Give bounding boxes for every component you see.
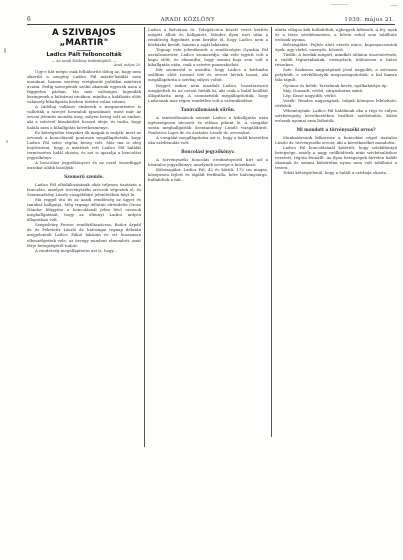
paragraph: A vizsgálat megállapította azt is, hogy … bbox=[148, 135, 268, 145]
paragraph: A boncolási jegyzőkönyvet és az ezzel ös… bbox=[27, 160, 141, 170]
paragraph: Külvizsgálat: Ladics Pál, 42 év körüli, … bbox=[148, 167, 268, 182]
article-subtitle: Ladics Pált felboncolták bbox=[27, 52, 141, 58]
section-subhead: Mi mondott a törvényszéki orvos? bbox=[275, 127, 397, 132]
paragraph: alatta világos kék hullafoltok, ujjbegye… bbox=[275, 27, 397, 42]
paragraph: Ladics a Belvárosi út. Telegdi-utca közö… bbox=[148, 27, 268, 47]
newspaper-page: 6 ARADI KÖZLÖNY 1939. május 21. A SZIVBA… bbox=[0, 0, 403, 560]
paragraph: Két szomszéd is mondta, hogy Ladics a kó… bbox=[148, 67, 268, 82]
paragraph: Belvizsgálat: Fejbőr alatt vérzés nincs,… bbox=[275, 42, 397, 52]
paragraph: Ladics Pál boncolásánál kiderült, hogy s… bbox=[275, 145, 397, 170]
article-body: Úgy-e hát mégis csak felháborító dolog a… bbox=[27, 69, 141, 253]
paragraph: Ladics Pál elhalálozásának okát teljesen… bbox=[27, 182, 141, 197]
column-3: alatta világos kék hullafoltok, ujjbegye… bbox=[275, 27, 397, 540]
page-number: 6 bbox=[27, 16, 31, 23]
scan-speck bbox=[330, 4, 348, 5]
paragraph: Tegnap este jelentkezett a rendőrségen G… bbox=[148, 47, 268, 67]
scan-speck bbox=[390, 5, 398, 6]
paragraph: Reggel, mikor nem mozdult Ladics, hozzát… bbox=[148, 83, 268, 103]
paragraph: Véleményünk: Ladics Pál halálának oka a … bbox=[275, 108, 397, 123]
paragraph: A tanúvallomások szerint Ladics a kihall… bbox=[148, 115, 268, 135]
paragraph: Gyomor és belek: Tartalmuk kevés, nyálka… bbox=[275, 83, 397, 88]
section-subhead: Tanúvallomások sűrűn. bbox=[148, 107, 268, 112]
paragraph: A tüdőbaj vallásos emberek a megmentésér… bbox=[27, 104, 141, 129]
column-divider bbox=[271, 27, 272, 437]
title-rule bbox=[77, 50, 91, 51]
paragraph: A törvényszéki boncolás eredményeiről hí… bbox=[148, 157, 268, 167]
paragraph: Tehát kétségtelenül, hogy a halált a szí… bbox=[275, 170, 397, 175]
scan-speck bbox=[6, 140, 8, 143]
section-subhead: Boncolási jegyzőkönyv. bbox=[148, 149, 268, 154]
scan-speck bbox=[4, 48, 6, 53]
article-body: Ladics a Belvárosi út. Telegdi-utca közö… bbox=[148, 27, 268, 182]
paragraph: Ez kétségtelen tényeket ők maguk is tudj… bbox=[27, 130, 141, 160]
paragraph: Ma reggel óta itt az aradi rendőrség az … bbox=[27, 197, 141, 222]
paragraph: Tüdők: A bordák mögött, mindkét oldalon … bbox=[275, 52, 397, 67]
article-body: alatta világos kék hullafoltok, ujjbegye… bbox=[275, 27, 397, 175]
header-rule bbox=[27, 24, 395, 25]
paragraph: A rendőrség megállapította azt is, hogy.… bbox=[27, 248, 141, 253]
running-head: 6 ARADI KÖZLÖNY 1939. május 21. bbox=[27, 13, 395, 23]
paragraph: Úgy-e hát mégis csak felháborító dolog a… bbox=[27, 69, 141, 104]
issue-date: 1939. május 21. bbox=[344, 17, 395, 23]
paragraph: Munkatársunk felkereste a boncolást végz… bbox=[275, 135, 397, 145]
paragraph: Szegedváry Ferenc rendőrfőtanácsos, Bodo… bbox=[27, 222, 141, 247]
paragraph: Vesék: Rendes nagyságúak, tokjuk könnyen… bbox=[275, 98, 397, 108]
column-divider bbox=[144, 27, 145, 447]
section-subhead: Szomorú szemle. bbox=[27, 174, 141, 179]
column-2: Ladics a Belvárosi út. Telegdi-utca közö… bbox=[148, 27, 268, 540]
article-title: A SZIVBAJOS „MARTIR" bbox=[27, 28, 141, 48]
masthead: ARADI KÖZLÖNY bbox=[161, 17, 216, 23]
article-dateline: Arad, május 20. bbox=[27, 63, 141, 67]
column-1: A SZIVBAJOS „MARTIR" Ladics Pált felbonc… bbox=[27, 27, 141, 540]
paragraph: Szív: Szokásos nagyságúnál jóval nagyobb… bbox=[275, 67, 397, 82]
